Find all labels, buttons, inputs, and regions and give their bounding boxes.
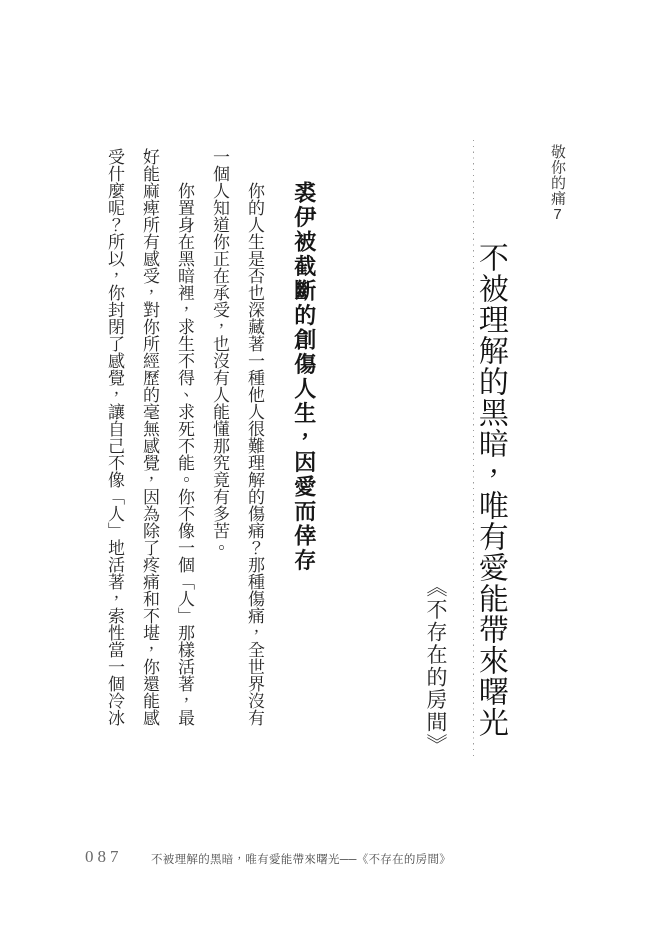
footer-page-number: 087 <box>85 847 123 867</box>
body-paragraph: 你置身在黑暗裡，求生不得、求死不能。你不像一個「人」那樣活著，最好能麻痺所有感受… <box>97 148 202 726</box>
page-title: 不被理解的黑暗，唯有愛能帶來曙光 <box>468 242 512 738</box>
dotted-divider <box>473 140 474 758</box>
chapter-header: 敬你的痛7 <box>547 144 568 224</box>
book-attribution: 《不存在的房間》 <box>421 576 451 756</box>
section-subtitle: 裘伊被截斷的創傷人生，因愛而倖存 <box>289 181 320 573</box>
chapter-number: 7 <box>549 206 566 224</box>
body-paragraph: 你的人生是否也深藏著一種他人很難理解的傷痛？那種傷痛，全世界沒有一個人知道你正在… <box>202 148 272 726</box>
chapter-label: 敬你的痛 <box>549 144 566 206</box>
footer-running-title: 不被理解的黑暗，唯有愛能帶來曙光──《不存在的房間》 <box>151 851 451 867</box>
body-text: 你的人生是否也深藏著一種他人很難理解的傷痛？那種傷痛，全世界沒有一個人知道你正在… <box>97 148 272 726</box>
book-page: { "header": { "chapter_label": "敬你的痛", "… <box>0 0 663 932</box>
